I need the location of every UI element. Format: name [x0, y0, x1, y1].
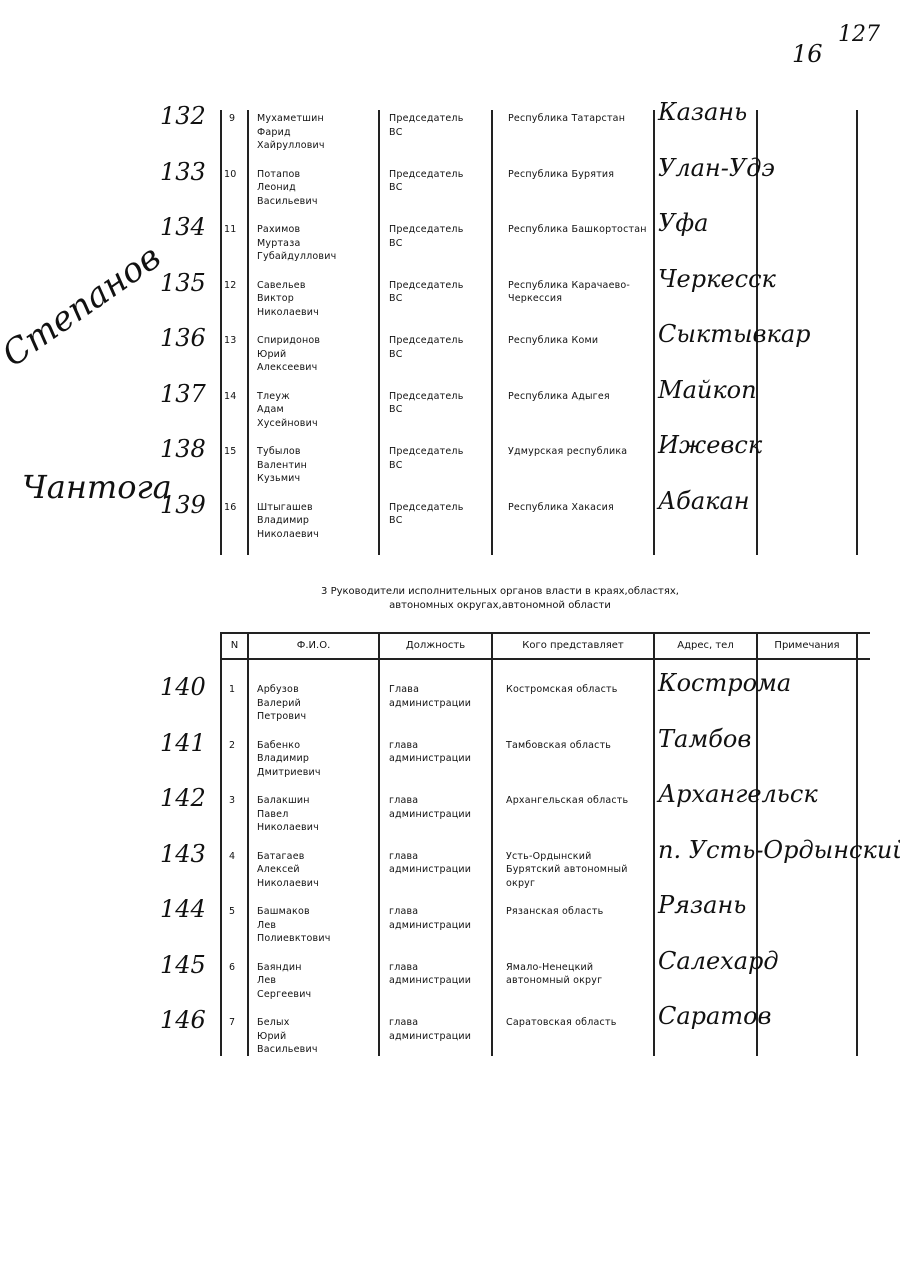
full-name: Рахимов Муртаза Губайдуллович: [257, 223, 336, 264]
row-number: 12: [224, 279, 237, 293]
represents: Рязанская область: [506, 905, 603, 919]
row-number: 14: [224, 390, 237, 404]
col-header-position: Должность: [380, 640, 491, 651]
full-name: Штыгашев Владимир Николаевич: [257, 501, 319, 542]
position: Председатель ВС: [389, 445, 464, 472]
registry-number: 146: [160, 1006, 206, 1034]
address-handwritten: Сыктывкар: [658, 320, 811, 348]
registry-number: 140: [160, 673, 206, 701]
address-handwritten: Майкоп: [658, 376, 757, 404]
represents: Архангельская область: [506, 794, 628, 808]
registry-number: 134: [160, 213, 206, 241]
registry-number: 143: [160, 840, 206, 868]
represents: Костромская область: [506, 683, 618, 697]
represents: Республика Татарстан: [508, 112, 625, 126]
registry-number: 138: [160, 435, 206, 463]
row-number: 10: [224, 168, 237, 182]
registry-number: 133: [160, 158, 206, 186]
row-number: 3: [229, 794, 235, 808]
position: глава администрации: [389, 905, 471, 932]
address-handwritten: Рязань: [658, 891, 746, 919]
address-handwritten: Казань: [658, 98, 747, 126]
col-header-name: Ф.И.О.: [249, 640, 378, 651]
address-handwritten: Тамбов: [658, 725, 751, 753]
position: Председатель ВС: [389, 334, 464, 361]
position: Председатель ВС: [389, 223, 464, 250]
represents: Республика Коми: [508, 334, 598, 348]
full-name: Балакшин Павел Николаевич: [257, 794, 319, 835]
represents: Республика Башкортостан: [508, 223, 647, 237]
represents: Тамбовская область: [506, 739, 611, 753]
represents: Саратовская область: [506, 1016, 617, 1030]
row-number: 13: [224, 334, 237, 348]
position: глава администрации: [389, 850, 471, 877]
full-name: Башмаков Лев Полиевктович: [257, 905, 331, 946]
signature-stepanov: Степанов: [0, 237, 168, 375]
registry-number: 136: [160, 324, 206, 352]
full-name: Баяндин Лев Сергеевич: [257, 961, 311, 1002]
represents: Ямало-Ненецкий автономный округ: [506, 961, 602, 988]
handwritten-page-number: 127: [838, 22, 880, 47]
full-name: Тлеуж Адам Хусейнович: [257, 390, 318, 431]
represents: Республика Адыгея: [508, 390, 610, 404]
position: Глава администрации: [389, 683, 471, 710]
registry-number: 135: [160, 269, 206, 297]
full-name: Спиридонов Юрий Алексеевич: [257, 334, 320, 375]
address-handwritten: Саратов: [658, 1002, 772, 1030]
represents: Республика Карачаево- Черкессия: [508, 279, 630, 306]
printed-page-number: 16: [792, 40, 823, 68]
address-handwritten: Салехард: [658, 947, 779, 975]
position: глава администрации: [389, 739, 471, 766]
address-handwritten: п. Усть-Ордынский: [658, 836, 900, 864]
address-handwritten: Ижевск: [658, 431, 762, 459]
position: глава администрации: [389, 961, 471, 988]
full-name: Бабенко Владимир Дмитриевич: [257, 739, 321, 780]
address-handwritten: Черкесск: [658, 265, 776, 293]
position: глава администрации: [389, 1016, 471, 1043]
full-name: Мухаметшин Фарид Хайруллович: [257, 112, 325, 153]
position: Председатель ВС: [389, 279, 464, 306]
full-name: Савельев Виктор Николаевич: [257, 279, 319, 320]
full-name: Белых Юрий Васильевич: [257, 1016, 318, 1057]
registry-number: 132: [160, 102, 206, 130]
row-number: 16: [224, 501, 237, 515]
row-number: 2: [229, 739, 235, 753]
row-number: 1: [229, 683, 235, 697]
position: глава администрации: [389, 794, 471, 821]
row-number: 11: [224, 223, 237, 237]
full-name: Батагаев Алексей Николаевич: [257, 850, 319, 891]
section3-heading-line1: 3 Руководители исполнительных органов вл…: [50, 585, 900, 599]
col-header-address: Адрес, тел: [655, 640, 756, 651]
row-number: 6: [229, 961, 235, 975]
address-handwritten: Архангельск: [658, 780, 818, 808]
address-handwritten: Абакан: [658, 487, 750, 515]
position: Председатель ВС: [389, 168, 464, 195]
signature-chantoga: Чантога: [22, 468, 172, 506]
full-name: Арбузов Валерий Петрович: [257, 683, 306, 724]
col-header-n: N: [222, 640, 247, 651]
represents: Республика Хакасия: [508, 501, 614, 515]
represents: Удмурская республика: [508, 445, 627, 459]
position: Председатель ВС: [389, 112, 464, 139]
row-number: 4: [229, 850, 235, 864]
full-name: Потапов Леонид Васильевич: [257, 168, 318, 209]
position: Председатель ВС: [389, 390, 464, 417]
section3-heading-line2: автономных округах,автономной области: [50, 599, 900, 613]
row-number: 9: [229, 112, 235, 126]
col-header-notes: Примечания: [758, 640, 856, 651]
represents: Усть-Ордынский Бурятский автономный окру…: [506, 850, 628, 891]
registry-number: 145: [160, 951, 206, 979]
registry-number: 137: [160, 380, 206, 408]
address-handwritten: Уфа: [658, 209, 708, 237]
col-header-represents: Кого представляет: [493, 640, 653, 651]
represents: Республика Бурятия: [508, 168, 614, 182]
registry-number: 142: [160, 784, 206, 812]
registry-number: 144: [160, 895, 206, 923]
row-number: 7: [229, 1016, 235, 1030]
row-number: 5: [229, 905, 235, 919]
position: Председатель ВС: [389, 501, 464, 528]
address-handwritten: Улан-Удэ: [658, 154, 775, 182]
full-name: Тубылов Валентин Кузьмич: [257, 445, 307, 486]
registry-number: 141: [160, 729, 206, 757]
address-handwritten: Кострома: [658, 669, 791, 697]
row-number: 15: [224, 445, 237, 459]
